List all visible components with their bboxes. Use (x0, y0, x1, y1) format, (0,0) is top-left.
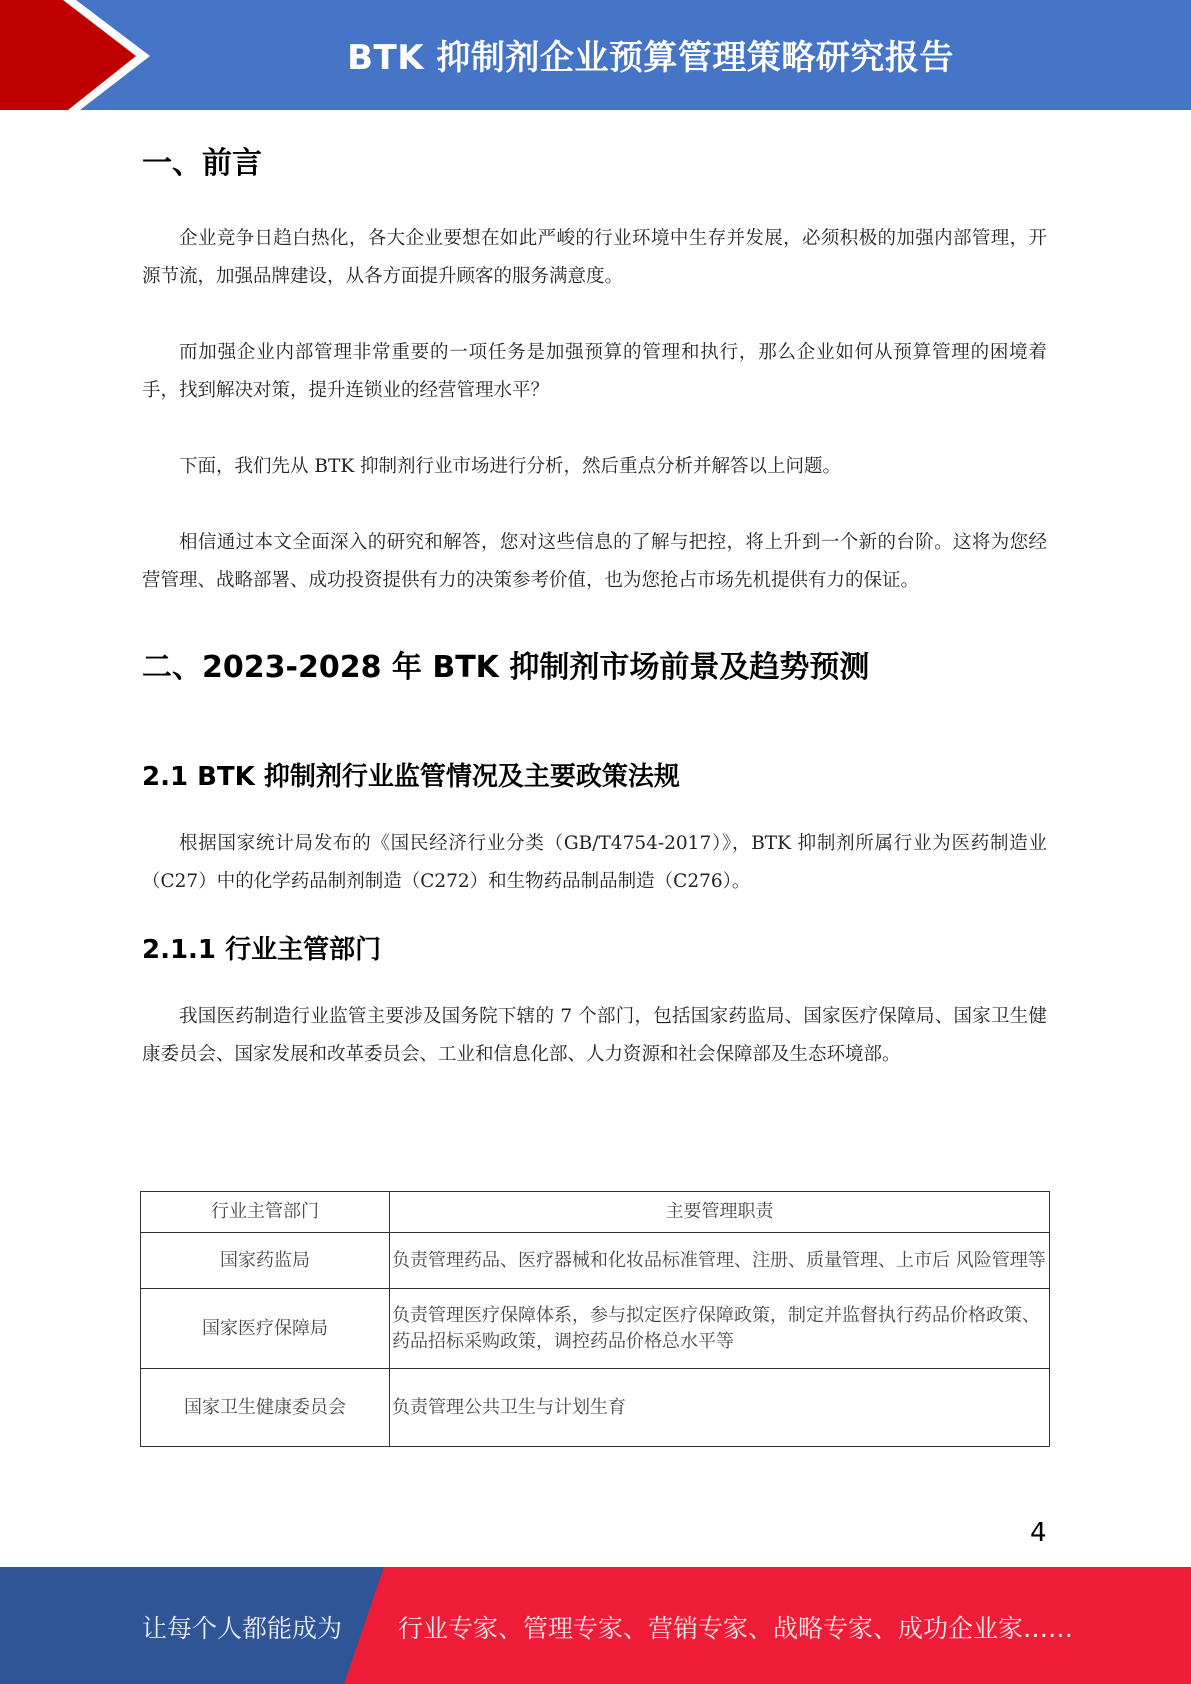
column-header-dept: 行业主管部门 (141, 1192, 390, 1233)
report-title: BTK 抑制剂企业预算管理策略研究报告 (0, 30, 1191, 79)
section-heading-preface: 一、前言 (142, 138, 1047, 182)
duty-cell: 负责管理药品、医疗器械和化妆品标准管理、注册、质量管理、上市后 风险管理等 (390, 1233, 1050, 1289)
column-header-duty: 主要管理职责 (390, 1192, 1050, 1233)
paragraph: 我国医药制造行业监管主要涉及国务院下辖的 7 个部门，包括国家药监局、国家医疗保… (142, 998, 1047, 1074)
document-body: 一、前言 企业竞争日趋白热化，各大企业要想在如此严峻的行业环境中生存并发展，必须… (142, 138, 1047, 1074)
table-row: 国家医疗保障局 负责管理医疗保障体系，参与拟定医疗保障政策，制定并监督执行药品价… (141, 1289, 1050, 1369)
paragraph: 相信通过本文全面深入的研究和解答，您对这些信息的了解与把控，将上升到一个新的台阶… (142, 524, 1047, 600)
table-row: 国家卫生健康委员会 负责管理公共卫生与计划生育 (141, 1369, 1050, 1447)
page-footer: 让每个人都能成为 行业专家、管理专家、营销专家、战略专家、成功企业家…… (0, 1567, 1191, 1684)
section-heading-forecast: 二、2023-2028 年 BTK 抑制剂市场前景及趋势预测 (142, 642, 1047, 686)
page-number: 4 (1030, 1518, 1047, 1548)
footer-slogan-left: 让每个人都能成为 (142, 1609, 342, 1645)
duty-cell: 负责管理公共卫生与计划生育 (390, 1369, 1050, 1447)
subsection-heading-2-1-1: 2.1.1 行业主管部门 (142, 929, 1047, 966)
paragraph: 根据国家统计局发布的《国民经济行业分类（GB/T4754-2017）》，BTK … (142, 825, 1047, 901)
paragraph: 企业竞争日趋白热化，各大企业要想在如此严峻的行业环境中生存并发展，必须积极的加强… (142, 220, 1047, 296)
subsection-heading-2-1: 2.1 BTK 抑制剂行业监管情况及主要政策法规 (142, 756, 1047, 793)
page-header: BTK 抑制剂企业预算管理策略研究报告 (0, 0, 1191, 110)
footer-slogan-right: 行业专家、管理专家、营销专家、战略专家、成功企业家…… (398, 1609, 1073, 1645)
table-row: 国家药监局 负责管理药品、医疗器械和化妆品标准管理、注册、质量管理、上市后 风险… (141, 1233, 1050, 1289)
regulator-table: 行业主管部门 主要管理职责 国家药监局 负责管理药品、医疗器械和化妆品标准管理、… (140, 1191, 1050, 1447)
dept-cell: 国家药监局 (141, 1233, 390, 1289)
dept-cell: 国家卫生健康委员会 (141, 1369, 390, 1447)
duty-cell: 负责管理医疗保障体系，参与拟定医疗保障政策，制定并监督执行药品价格政策、药品招标… (390, 1289, 1050, 1369)
paragraph: 而加强企业内部管理非常重要的一项任务是加强预算的管理和执行，那么企业如何从预算管… (142, 334, 1047, 410)
dept-cell: 国家医疗保障局 (141, 1289, 390, 1369)
paragraph: 下面，我们先从 BTK 抑制剂行业市场进行分析，然后重点分析并解答以上问题。 (142, 448, 1047, 486)
table-header-row: 行业主管部门 主要管理职责 (141, 1192, 1050, 1233)
